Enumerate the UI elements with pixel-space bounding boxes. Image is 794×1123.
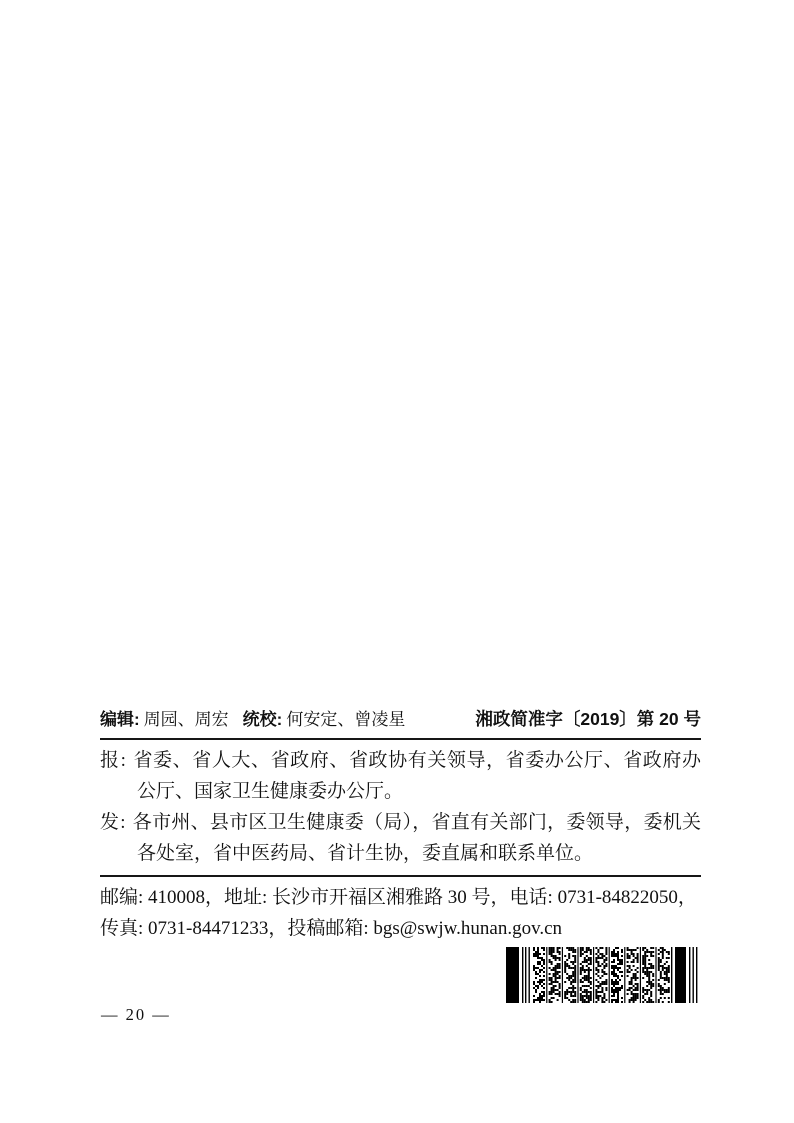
contact-line-2: 传真: 0731-84471233，投稿邮箱: bgs@swjw.hunan.g…	[100, 913, 701, 944]
contact-line-1: 邮编: 410008，地址: 长沙市开福区湘雅路 30 号，电话: 0731-8…	[100, 882, 701, 913]
editor-credits: 编辑:周园、周宏统校:何安定、曾凌星	[100, 707, 405, 732]
divider-rule-top	[100, 738, 701, 740]
proofread-group: 统校:何安定、曾凌星	[243, 710, 406, 729]
editor-line: 编辑:周园、周宏统校:何安定、曾凌星 湘政简准字〔2019〕第 20 号	[100, 707, 701, 732]
contact-block: 邮编: 410008，地址: 长沙市开福区湘雅路 30 号，电话: 0731-8…	[100, 882, 701, 944]
report-text: 省委、省人大、省政府、省政协有关领导，省委办公厅、省政府办公厅、国家卫生健康委办…	[133, 750, 701, 802]
editor-names: 周园、周宏	[140, 710, 229, 729]
distribute-text: 各市州、县市区卫生健康委（局），省直有关部门，委领导，委机关各处室，省中医药局、…	[133, 812, 701, 864]
editor-label: 编辑:	[100, 710, 140, 729]
document-barcode-icon	[506, 947, 701, 1003]
colophon-block: 编辑:周园、周宏统校:何安定、曾凌星 湘政简准字〔2019〕第 20 号 报:省…	[100, 707, 701, 1003]
page-number: — 20 —	[101, 1005, 171, 1025]
proofread-label: 统校:	[243, 710, 283, 729]
report-label: 报:	[100, 750, 133, 771]
barcode-row	[100, 947, 701, 1003]
divider-rule-bottom	[100, 875, 701, 877]
distribute-label: 发:	[100, 812, 133, 833]
distribute-paragraph: 发:各市州、县市区卫生健康委（局），省直有关部门，委领导，委机关各处室，省中医药…	[100, 807, 701, 869]
proofread-names: 何安定、曾凌星	[282, 710, 405, 729]
document-page: 编辑:周园、周宏统校:何安定、曾凌星 湘政简准字〔2019〕第 20 号 报:省…	[0, 0, 794, 1123]
issue-number: 湘政简准字〔2019〕第 20 号	[475, 707, 701, 732]
editor-group: 编辑:周园、周宏	[100, 710, 229, 729]
report-paragraph: 报:省委、省人大、省政府、省政协有关领导，省委办公厅、省政府办公厅、国家卫生健康…	[100, 745, 701, 807]
